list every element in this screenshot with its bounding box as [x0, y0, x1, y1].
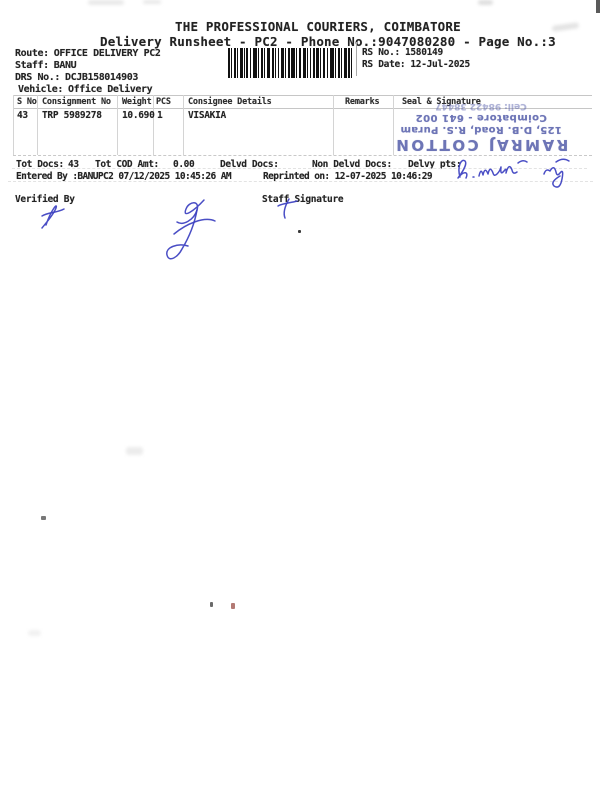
staff-field: Staff:BANU: [15, 60, 76, 71]
stamp-phone: Cell: 98422 38447: [388, 100, 574, 111]
barcode: [228, 48, 352, 78]
rs-no-label: RS No.:: [362, 47, 400, 58]
column-header-consignment-no: Consignment No: [42, 97, 111, 107]
column-header-pcs: PCS: [156, 97, 171, 107]
page-subtitle: Delivery Runsheet - PC2 - Phone No.:9047…: [100, 34, 556, 49]
table-col-line: [183, 95, 184, 155]
vehicle-field: Vehicle:Office Delivery: [18, 84, 152, 95]
staff-label: Staff:: [15, 60, 49, 71]
page-title: THE PROFESSIONAL COURIERS, COIMBATORE: [175, 19, 461, 34]
rs-date-label: RS Date:: [362, 59, 405, 70]
column-header-weight: Weight: [122, 97, 152, 107]
route-label: Route:: [15, 48, 49, 59]
table-col-line: [37, 95, 38, 155]
drs-no-label: DRS No.:: [15, 72, 60, 83]
table-col-line: [333, 95, 334, 155]
column-header-sno: S No: [17, 97, 37, 107]
table-col-line: [153, 95, 154, 155]
cell-consignee-details: VISAKIA: [188, 110, 226, 121]
column-header-remarks: Remarks: [345, 97, 379, 107]
table-col-line: [13, 95, 14, 155]
vehicle-value: Office Delivery: [68, 84, 152, 95]
scan-smudge: [88, 0, 124, 5]
stamp-address-line2: Coimbatore - 641 002: [388, 111, 574, 123]
cell-consignment-no: TRP 5989278: [42, 110, 102, 121]
scan-speck: [596, 0, 600, 13]
table-col-line: [117, 95, 118, 155]
verified-by-signature: [33, 197, 85, 231]
scan-smudge: [143, 0, 161, 4]
rs-no-value: 1580149: [405, 47, 443, 58]
scan-speck: [41, 516, 46, 520]
consignee-stamp: RAMRAJ COTTON 125, D.B. Road, R.S. Puram…: [388, 95, 574, 153]
drs-no-field: DRS No.:DCJB158014903: [15, 72, 138, 83]
delivery-signature: [452, 150, 582, 188]
cell-weight: 10.690: [122, 110, 155, 121]
route-value: OFFICE DELIVERY PC2: [54, 48, 161, 59]
column-header-consignee-details: Consignee Details: [188, 97, 272, 107]
scan-speck: [231, 603, 235, 609]
ink-dot: [298, 230, 301, 233]
scan-smudge: [552, 22, 580, 32]
rs-box-divider: [356, 42, 357, 76]
cell-pcs: 1: [157, 110, 162, 121]
drs-no-value: DCJB158014903: [65, 72, 138, 83]
rs-date-value: 12-Jul-2025: [410, 59, 470, 70]
route-field: Route:OFFICE DELIVERY PC2: [15, 48, 161, 59]
vehicle-label: Vehicle:: [18, 84, 63, 95]
scan-smudge: [28, 630, 41, 636]
stamp-address-line1: 125, D.B. Road, R.S. Puram: [388, 123, 574, 136]
center-flourish-signature: [152, 193, 224, 265]
staff-value: BANU: [54, 60, 76, 71]
scan-smudge: [126, 447, 143, 455]
staff-signature-mark: [270, 196, 306, 222]
scan-smudge: [478, 0, 493, 5]
scan-speck: [210, 602, 213, 607]
rs-no-field: RS No.:1580149: [362, 47, 443, 58]
rs-date-field: RS Date:12-Jul-2025: [362, 59, 470, 70]
cell-sno: 43: [17, 110, 28, 121]
